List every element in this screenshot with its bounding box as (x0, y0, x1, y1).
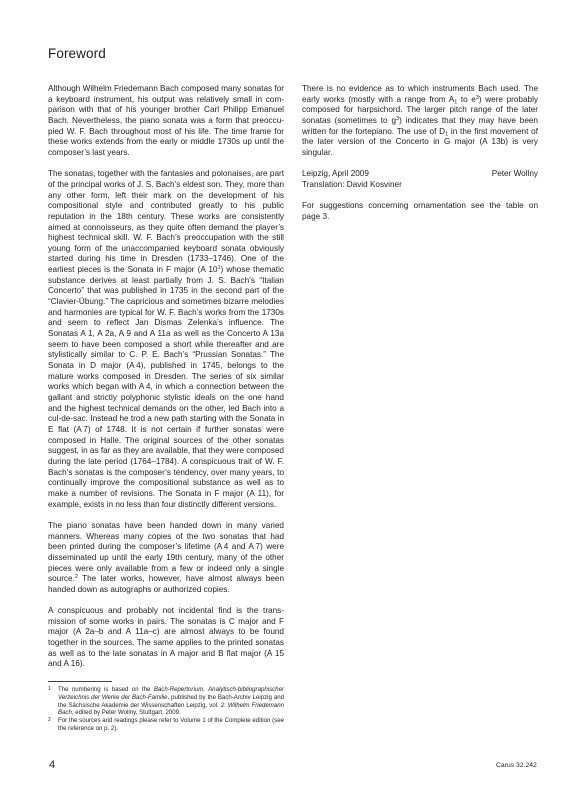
footnote-2: 2For the sources and readings please ref… (48, 717, 284, 733)
footnote-number: 2 (48, 717, 51, 725)
paragraph-text: ) whose themat­ic substance derives at l… (48, 265, 284, 508)
left-column: Although Wilhelm Friedemann Bach compose… (48, 84, 284, 681)
place-date: Leipzig, April 2009 (302, 169, 369, 180)
page-title: Foreword (48, 46, 106, 61)
paragraph-intro: Although Wilhelm Friedemann Bach compose… (48, 84, 284, 159)
translator-credit: Translation: David Kosviner (302, 180, 538, 191)
footnote-number: 1 (48, 686, 51, 694)
footnote-divider (48, 681, 112, 682)
paragraph-text: The sonatas, together with the fantasies… (48, 169, 284, 274)
signature-row: Leipzig, April 2009 Peter Wollny (302, 169, 538, 180)
footnote-text: , edited by Peter Wollny, Stuttgart, 200… (72, 709, 181, 716)
footnotes: 1The numbering is based on the Bach-Repe… (48, 681, 284, 733)
paragraph-text: The later works, however, have almost al… (48, 574, 284, 594)
paragraph-sonatas-history: The sonatas, together with the fantasies… (48, 169, 284, 510)
paragraph-text: to e (457, 95, 476, 104)
ornamentation-note: For suggestions concerning ornamentation… (302, 201, 538, 222)
catalog-number: Carus 32.242 (496, 762, 537, 769)
paragraph-transmission: The piano sonatas have been handed down … (48, 521, 284, 596)
paragraph-instruments: There is no evidence as to which instrum… (302, 84, 538, 159)
author-name: Peter Wollny (492, 169, 538, 180)
footnote-1: 1The numbering is based on the Bach-Repe… (48, 686, 284, 717)
right-column: There is no evidence as to which instrum… (302, 84, 538, 233)
footnote-text: For the sources and readings please refe… (58, 717, 284, 732)
footnote-text: The numbering is based on the (58, 686, 154, 693)
paragraph-pairs: A conspicuous and probably not incidenta… (48, 606, 284, 670)
page-number: 4 (49, 759, 55, 771)
